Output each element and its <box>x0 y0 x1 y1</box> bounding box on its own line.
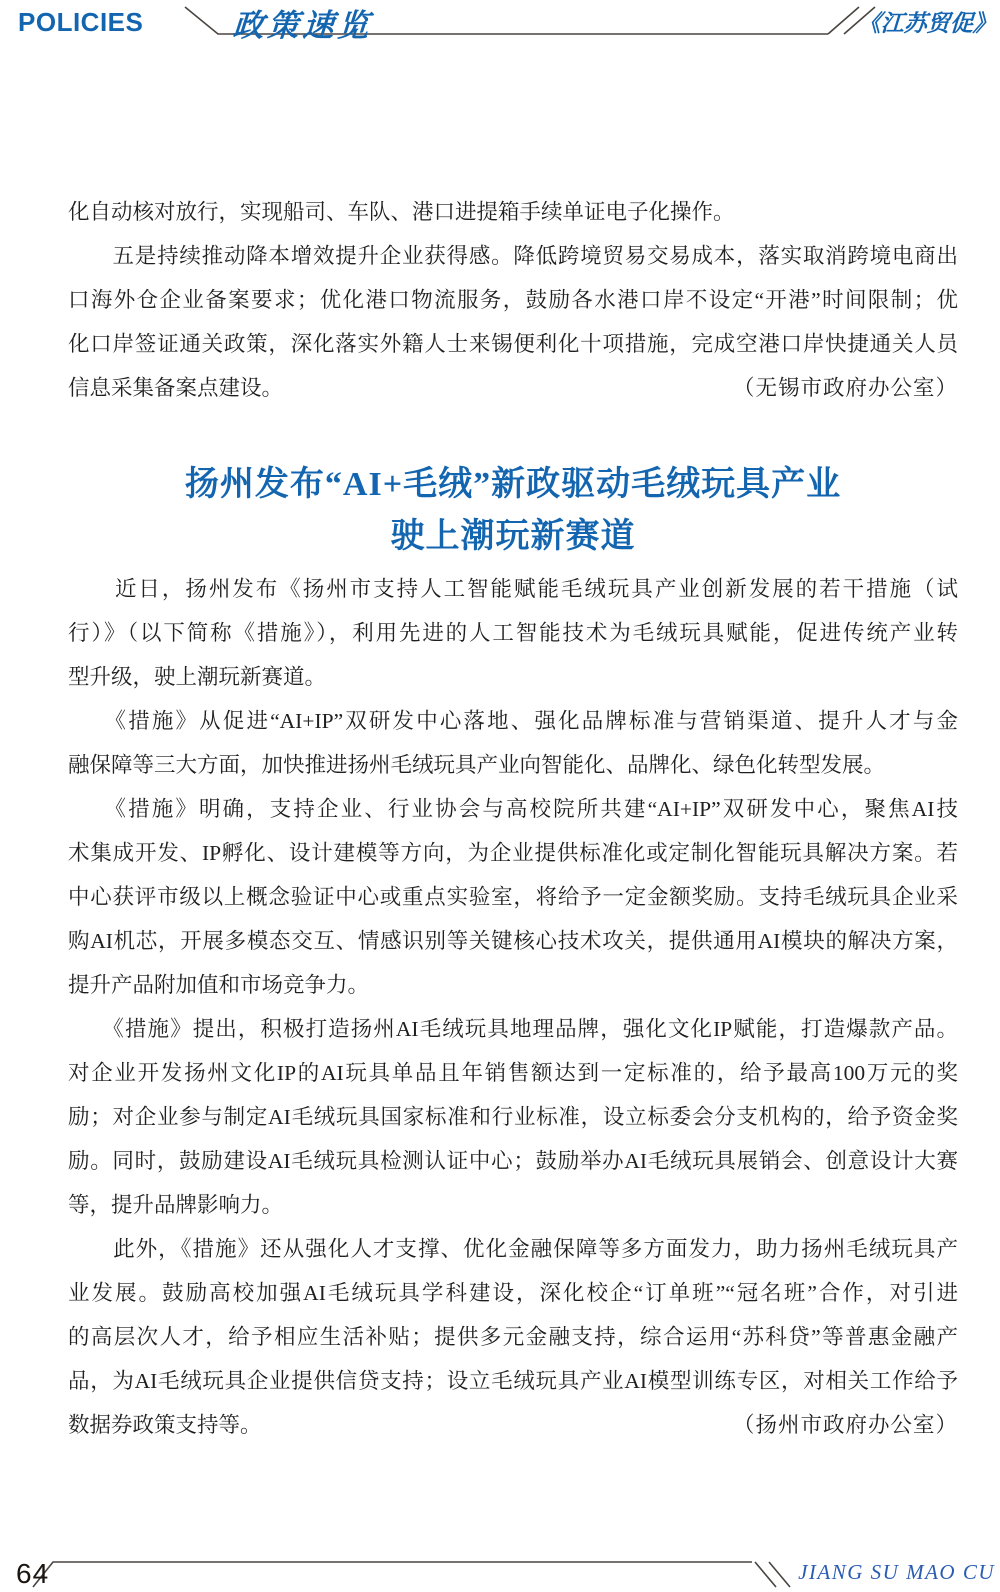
text-line: 化自动核对放行，实现船司、车队、港口进提箱手续单证电子化操作。 <box>68 190 958 234</box>
text-line: 此外，《措施》还从强化人才支撑、优化金融保障等多方面发力，助力扬州毛绒玩具产 <box>68 1227 958 1271</box>
magazine-page: POLICIES 政策速览 《江苏贸促》 化自动核对放行，实现船司、车队、港口进… <box>0 0 1000 1592</box>
page-content: 化自动核对放行，实现船司、车队、港口进提箱手续单证电子化操作。 五是持续推动降本… <box>68 190 958 1447</box>
paragraph: 五是持续推动降本增效提升企业获得感。降低跨境贸易交易成本，落实取消跨境电商出口海… <box>68 234 958 410</box>
text-line: 数据券政策支持等。（扬州市政府办公室） <box>68 1403 958 1447</box>
paragraph: 此外，《措施》还从强化人才支撑、优化金融保障等多方面发力，助力扬州毛绒玩具产业发… <box>68 1227 958 1447</box>
article-yangzhou-ai-plush: 近日，扬州发布《扬州市支持人工智能赋能毛绒玩具产业创新发展的若干措施（试行）》（… <box>68 567 958 1447</box>
text-line: 购AI机芯，开展多模态交互、情感识别等关键核心技术攻关，提供通用AI模块的解决方… <box>68 919 958 963</box>
text-line: 对企业开发扬州文化IP的AI玩具单品且年销售额达到一定标准的，给予最高100万元… <box>68 1051 958 1095</box>
paragraph: 《措施》明确，支持企业、行业协会与高校院所共建“AI+IP”双研发中心，聚焦AI… <box>68 787 958 1007</box>
text-line: 融保障等三大方面，加快推进扬州毛绒玩具产业向智能化、品牌化、绿色化转型发展。 <box>68 743 958 787</box>
header-rule <box>0 0 1000 50</box>
text-line-text: 信息采集备案点建设。 <box>68 366 283 410</box>
article-title: 扬州发布“AI+毛绒”新政驱动毛绒玩具产业 驶上潮玩新赛道 <box>68 459 958 563</box>
text-line: 品，为AI毛绒玩具企业提供信贷支持；设立毛绒玩具产业AI模型训练专区，对相关工作… <box>68 1359 958 1403</box>
text-line: 口海外仓企业备案要求；优化港口物流服务，鼓励各水港口岸不设定“开港”时间限制；优 <box>68 278 958 322</box>
text-line: 五是持续推动降本增效提升企业获得感。降低跨境贸易交易成本，落实取消跨境电商出 <box>68 234 958 278</box>
text-line: 行）》（以下简称《措施》），利用先进的人工智能技术为毛绒玩具赋能，促进传统产业转 <box>68 611 958 655</box>
text-line: 信息采集备案点建设。（无锡市政府办公室） <box>68 366 958 410</box>
article-wuxi-port-policy: 化自动核对放行，实现船司、车队、港口进提箱手续单证电子化操作。 五是持续推动降本… <box>68 190 958 410</box>
header-magazine-title: 《江苏贸促》 <box>857 5 997 38</box>
header-section-en: POLICIES <box>18 7 143 38</box>
paragraph: 化自动核对放行，实现船司、车队、港口进提箱手续单证电子化操作。 <box>68 190 958 234</box>
text-line: 《措施》提出，积极打造扬州AI毛绒玩具地理品牌，强化文化IP赋能，打造爆款产品。 <box>68 1007 958 1051</box>
source-attribution: （无锡市政府办公室） <box>733 366 958 410</box>
text-line: 励。同时，鼓励建设AI毛绒玩具检测认证中心；鼓励举办AI毛绒玩具展销会、创意设计… <box>68 1139 958 1183</box>
text-line: 的高层次人才，给予相应生活补贴；提供多元金融支持，综合运用“苏科贷”等普惠金融产 <box>68 1315 958 1359</box>
text-line: 等，提升品牌影响力。 <box>68 1183 958 1227</box>
text-line: 业发展。鼓励高校加强AI毛绒玩具学科建设，深化校企“订单班”“冠名班”合作，对引… <box>68 1271 958 1315</box>
paragraph: 《措施》提出，积极打造扬州AI毛绒玩具地理品牌，强化文化IP赋能，打造爆款产品。… <box>68 1007 958 1227</box>
text-line: 《措施》明确，支持企业、行业协会与高校院所共建“AI+IP”双研发中心，聚焦AI… <box>68 787 958 831</box>
text-line-text: 数据券政策支持等。 <box>68 1403 262 1447</box>
text-line: 提升产品附加值和市场竞争力。 <box>68 963 958 1007</box>
header-section-cn: 政策速览 <box>231 0 374 45</box>
article-title-line2: 驶上潮玩新赛道 <box>68 511 958 563</box>
text-line: 化口岸签证通关政策，深化落实外籍人士来锡便利化十项措施，完成空港口岸快捷通关人员 <box>68 322 958 366</box>
source-attribution: （扬州市政府办公室） <box>733 1403 958 1447</box>
paragraph: 近日，扬州发布《扬州市支持人工智能赋能毛绒玩具产业创新发展的若干措施（试行）》（… <box>68 567 958 699</box>
text-line: 近日，扬州发布《扬州市支持人工智能赋能毛绒玩具产业创新发展的若干措施（试 <box>68 567 958 611</box>
article-title-line1: 扬州发布“AI+毛绒”新政驱动毛绒玩具产业 <box>68 459 958 511</box>
page-number: 64 <box>16 1558 49 1590</box>
text-line: 术集成开发、IP孵化、设计建模等方向，为企业提供标准化或定制化智能玩具解决方案。… <box>68 831 958 875</box>
text-line: 型升级，驶上潮玩新赛道。 <box>68 655 958 699</box>
text-line: 励；对企业参与制定AI毛绒玩具国家标准和行业标准，设立标委会分支机构的，给予资金… <box>68 1095 958 1139</box>
paragraph: 《措施》从促进“AI+IP”双研发中心落地、强化品牌标准与营销渠道、提升人才与金… <box>68 699 958 787</box>
text-line: 《措施》从促进“AI+IP”双研发中心落地、强化品牌标准与营销渠道、提升人才与金 <box>68 699 958 743</box>
text-line: 中心获评市级以上概念验证中心或重点实验室，将给予一定金额奖励。支持毛绒玩具企业采 <box>68 875 958 919</box>
journal-title-en: JIANG SU MAO CU <box>798 1560 995 1585</box>
